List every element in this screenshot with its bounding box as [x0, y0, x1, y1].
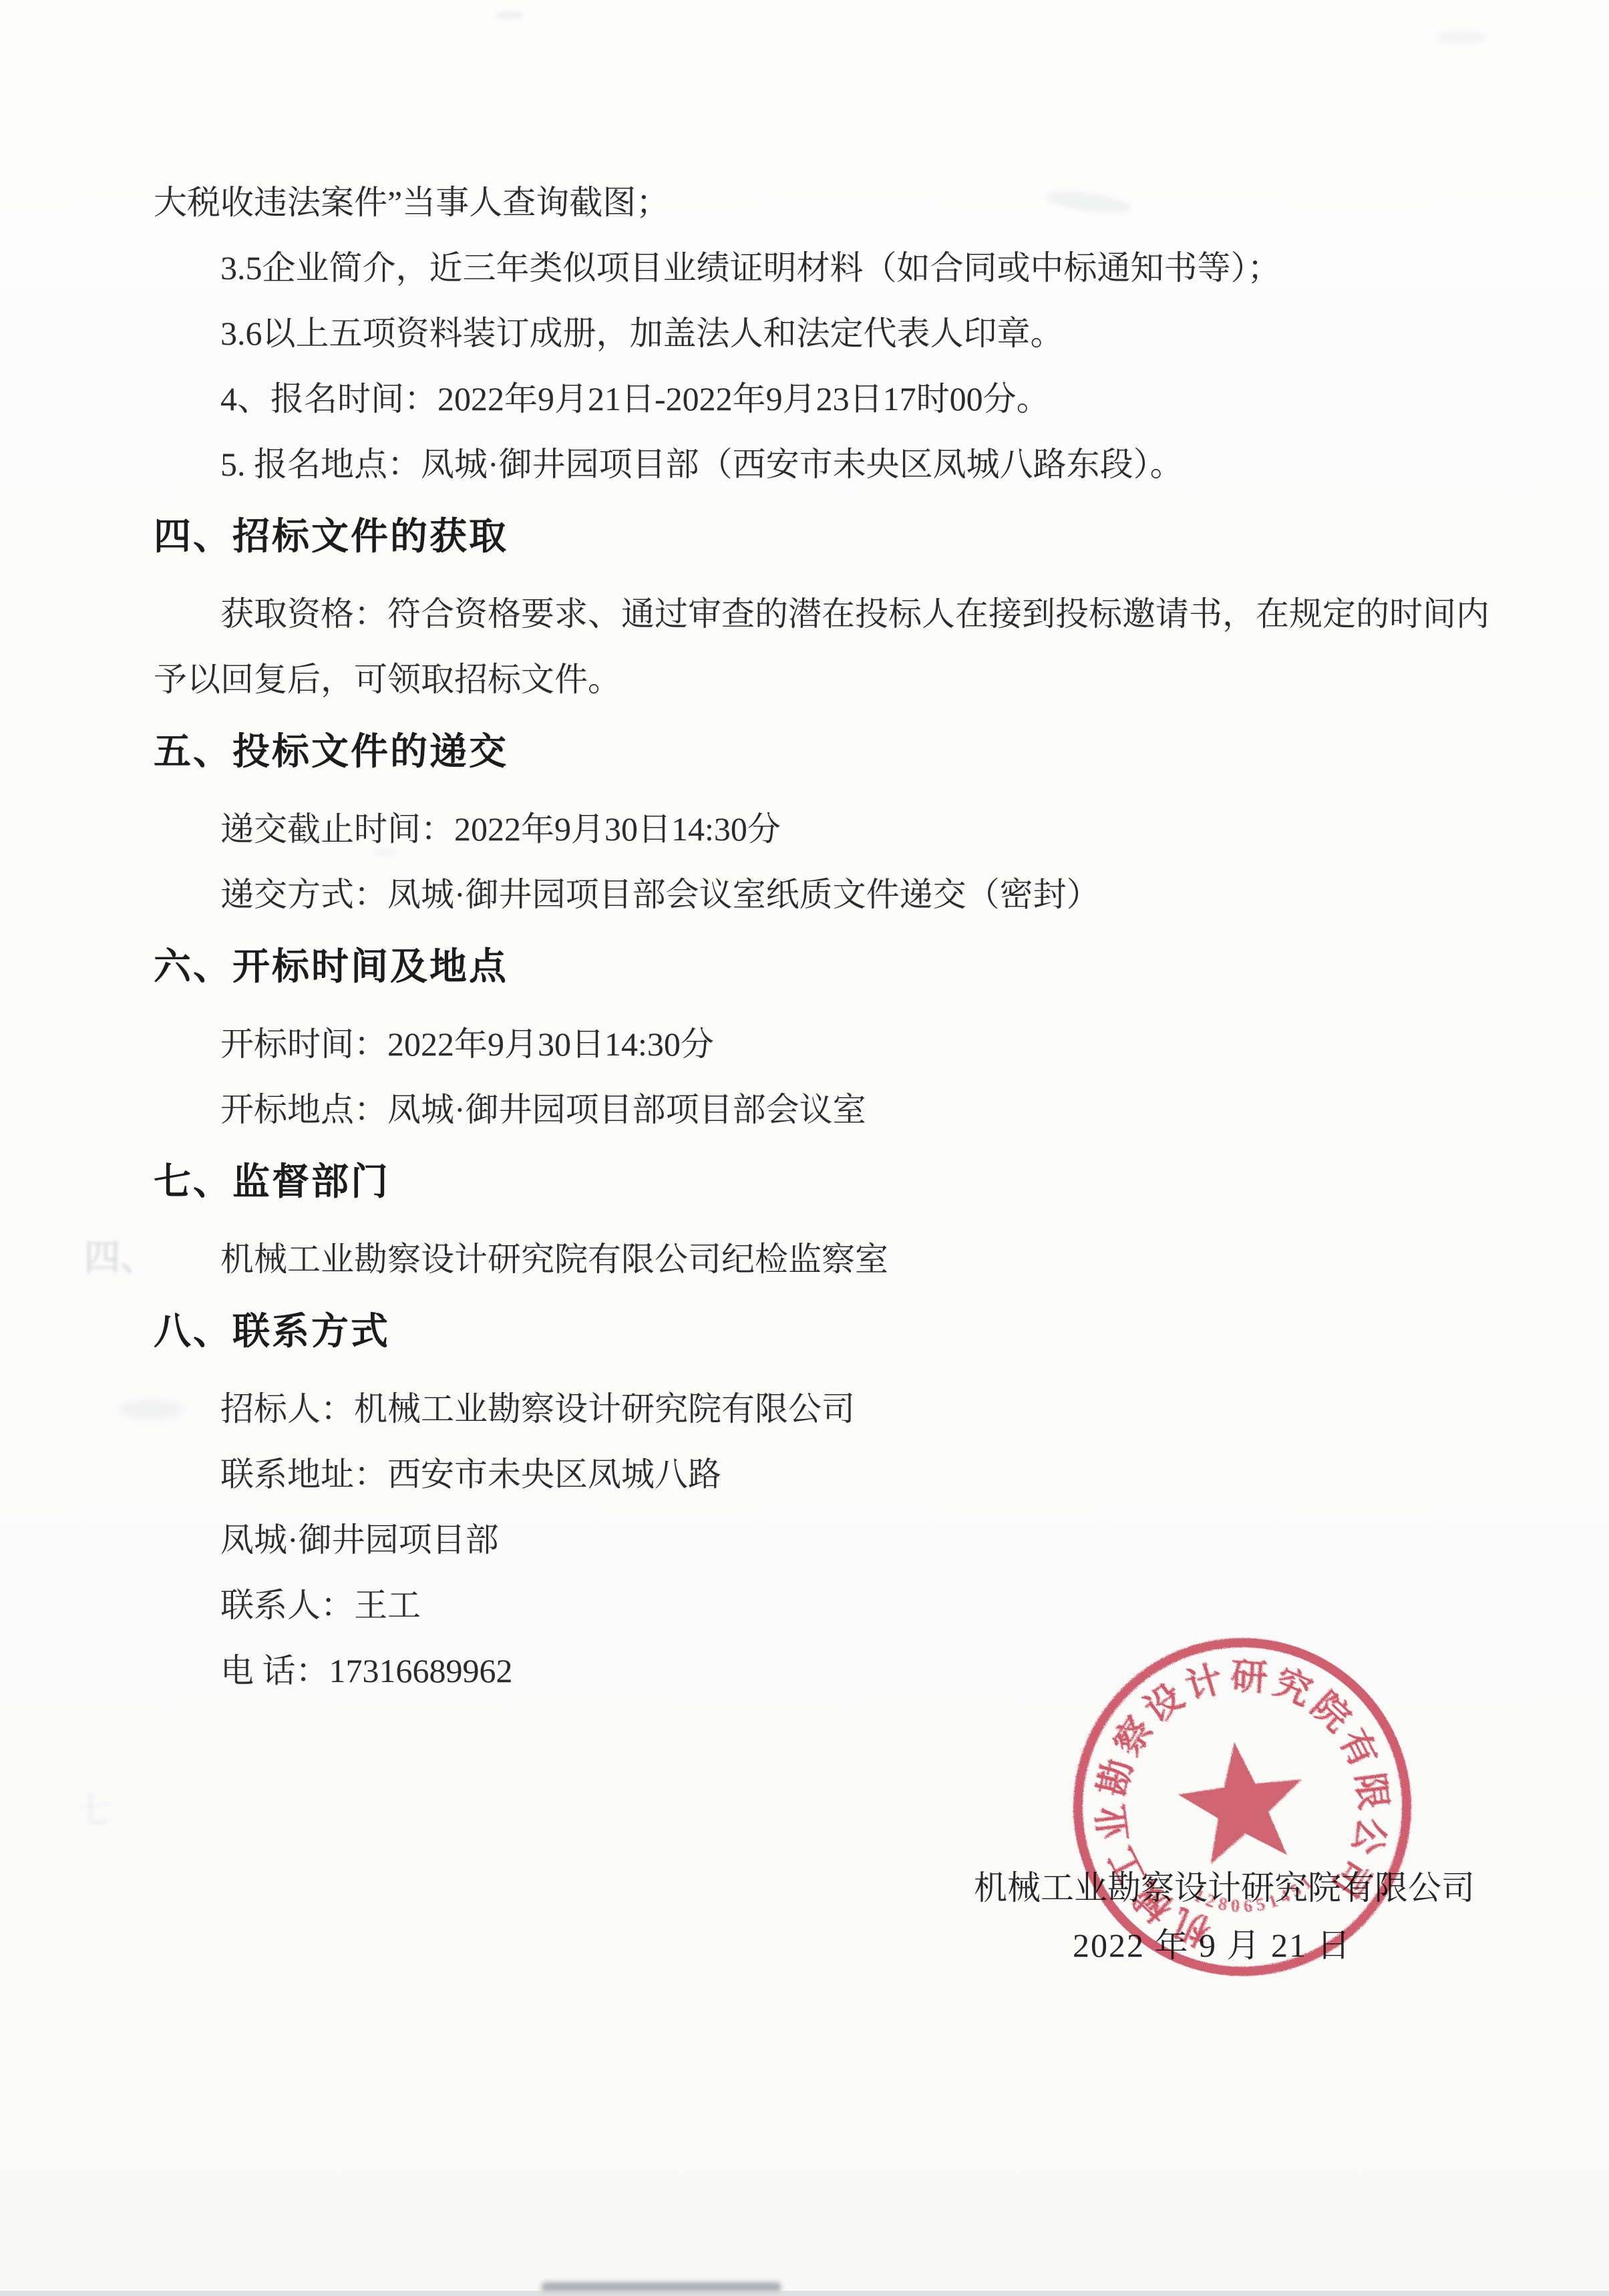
scanned-document-page: 大税收违法案件”当事人查询截图；3.5企业简介，近三年类似项目业绩证明材料（如合… [0, 0, 1609, 2296]
svg-text:司: 司 [1324, 1851, 1379, 1904]
document-body: 大税收违法案件”当事人查询截图；3.5企业简介，近三年类似项目业绩证明材料（如合… [154, 185, 1486, 1719]
text-line: 开标时间：2022年9月30日14:30分 [154, 1027, 1486, 1061]
section-heading: 七、监督部门 [154, 1162, 1486, 1202]
text-line: 招标人：机械工业勘察设计研究院有限公司 [154, 1391, 1486, 1426]
svg-text:研: 研 [1230, 1656, 1268, 1699]
svg-text:工: 工 [1100, 1840, 1153, 1892]
scanner-edge-strip [0, 2291, 1609, 2296]
svg-text:0: 0 [1230, 1895, 1241, 1916]
scan-artifact-ghost-text: 七 [77, 1784, 111, 1832]
scan-artifact [496, 11, 524, 20]
svg-text:8: 8 [1216, 1893, 1229, 1915]
text-line: 凤城·御井园项目部 [154, 1522, 1486, 1557]
star-icon [1173, 1734, 1311, 1867]
text-line: 联系地址：西安市未央区凤城八路 [154, 1457, 1486, 1492]
svg-text:有: 有 [1332, 1722, 1385, 1774]
svg-text:勘: 勘 [1092, 1756, 1140, 1800]
scan-artifact [1436, 31, 1485, 44]
svg-text:计: 计 [1181, 1658, 1228, 1707]
text-line: 3.5企业简介，近三年类似项目业绩证明材料（如合同或中标通知书等）； [154, 251, 1486, 285]
svg-text:公: 公 [1345, 1814, 1393, 1858]
svg-text:2: 2 [1203, 1890, 1218, 1912]
text-line: 大税收违法案件”当事人查询截图； [154, 185, 1486, 220]
text-line: 5. 报名地点：凤城·御井园项目部（西安市未央区凤城八路东段）。 [154, 447, 1486, 482]
text-line: 获取资格：符合资格要求、通过审查的潜在投标人在接到投标邀请书，在规定的时间内 [154, 597, 1486, 631]
svg-text:限: 限 [1349, 1770, 1393, 1812]
text-line: 开标地点：凤城·御井园项目部项目部会议室 [154, 1092, 1486, 1127]
seal-svg: 机械工业勘察设计研究院有限公司 1280651451 [1034, 1599, 1451, 2015]
scan-artifact-ghost-text: 四、 [84, 1229, 156, 1281]
text-line: 递交方式：凤城·御井园项目部会议室纸质文件递交（密封） [154, 877, 1486, 912]
svg-text:6: 6 [1243, 1895, 1253, 1916]
section-heading: 八、联系方式 [154, 1311, 1486, 1351]
svg-text:5: 5 [1254, 1893, 1267, 1915]
section-heading: 六、开标时间及地点 [154, 947, 1486, 987]
text-line: 3.6以上五项资料装订成册，加盖法人和法定代表人印章。 [154, 316, 1486, 351]
company-seal-stamp: 机械工业勘察设计研究院有限公司 1280651451 [1034, 1599, 1451, 2015]
text-line: 予以回复后，可领取招标文件。 [154, 662, 1486, 697]
text-line: 4、报名时间：2022年9月21日-2022年9月23日17时00分。 [154, 381, 1486, 416]
text-line: 机械工业勘察设计研究院有限公司纪检监察室 [154, 1242, 1486, 1277]
section-heading: 五、投标文件的递交 [154, 731, 1486, 772]
section-heading: 四、招标文件的获取 [154, 516, 1486, 556]
text-line: 递交截止时间：2022年9月30日14:30分 [154, 812, 1486, 846]
svg-text:业: 业 [1091, 1802, 1135, 1844]
svg-text:究: 究 [1268, 1661, 1318, 1713]
